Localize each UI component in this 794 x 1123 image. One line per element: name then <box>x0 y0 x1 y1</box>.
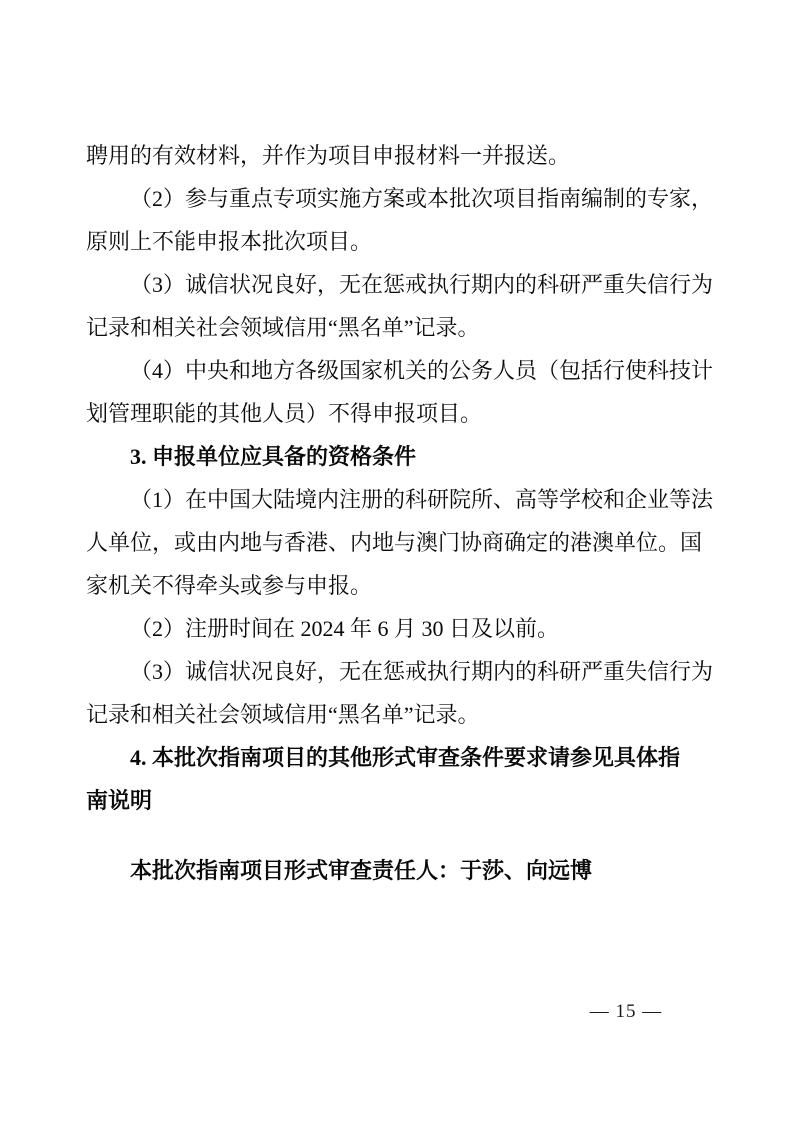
heading-line: 4. 本批次指南项目的其他形式审查条件要求请参见具体指 <box>86 736 716 779</box>
document-body: 聘用的有效材料，并作为项目申报材料一并报送。 （2）参与重点专项实施方案或本批次… <box>86 134 716 892</box>
body-line: （1）在中国大陆境内注册的科研院所、高等学校和企业等法 <box>86 478 716 521</box>
signature-line: 本批次指南项目形式审查责任人：于莎、向远博 <box>86 849 716 892</box>
blank-line <box>86 822 716 849</box>
body-line: （3）诚信状况良好，无在惩戒执行期内的科研严重失信行为 <box>86 263 716 306</box>
body-line: 聘用的有效材料，并作为项目申报材料一并报送。 <box>86 134 716 177</box>
body-line: 原则上不能申报本批次项目。 <box>86 220 716 263</box>
body-line: （2）参与重点专项实施方案或本批次项目指南编制的专家， <box>86 177 716 220</box>
body-line: 划管理职能的其他人员）不得申报项目。 <box>86 392 716 435</box>
page-number: — 15 — <box>546 998 706 1026</box>
heading-line: 南说明 <box>86 779 716 822</box>
body-line: 记录和相关社会领域信用“黑名单”记录。 <box>86 693 716 736</box>
document-page: 聘用的有效材料，并作为项目申报材料一并报送。 （2）参与重点专项实施方案或本批次… <box>0 0 794 1123</box>
body-line: 家机关不得牵头或参与申报。 <box>86 564 716 607</box>
body-line: 人单位，或由内地与香港、内地与澳门协商确定的港澳单位。国 <box>86 521 716 564</box>
body-line: （2）注册时间在 2024 年 6 月 30 日及以前。 <box>86 607 716 650</box>
heading-line: 3. 申报单位应具备的资格条件 <box>86 435 716 478</box>
body-line: （3）诚信状况良好，无在惩戒执行期内的科研严重失信行为 <box>86 650 716 693</box>
body-line: 记录和相关社会领域信用“黑名单”记录。 <box>86 306 716 349</box>
body-line: （4）中央和地方各级国家机关的公务人员（包括行使科技计 <box>86 349 716 392</box>
